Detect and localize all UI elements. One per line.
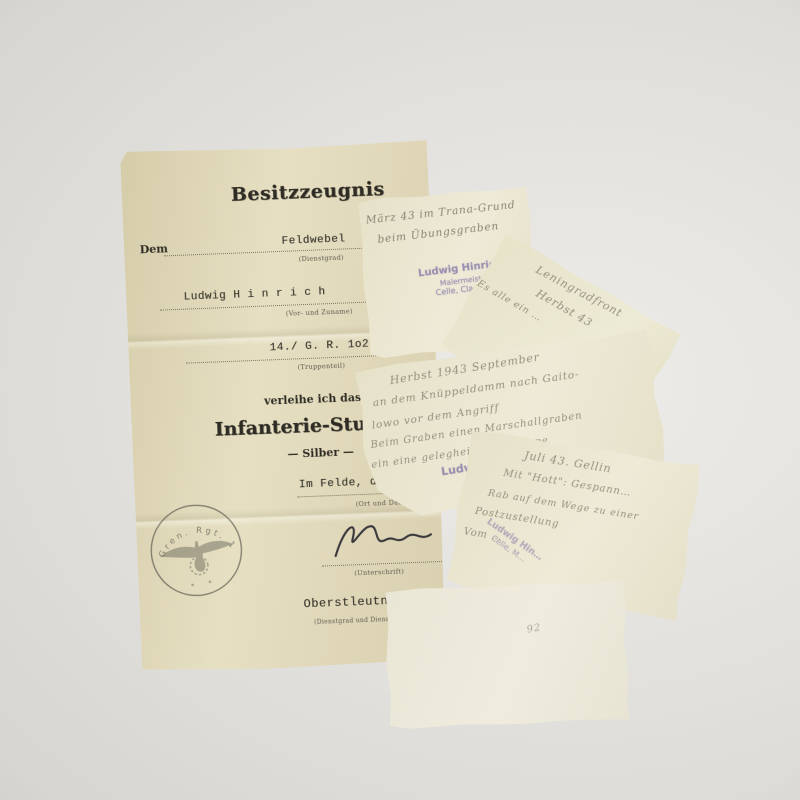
handwriting-line: Juli 43. Gellin	[523, 449, 612, 476]
name-caption: (Vor- und Zuname)	[274, 307, 364, 318]
unit-value: 14./ G. R. 1o2	[269, 339, 369, 355]
pencil-mark: 92	[526, 622, 542, 635]
photo-card-5: 92	[383, 579, 631, 729]
rank-value: Feldwebel	[281, 233, 345, 247]
signature-caption: (Unterschrift)	[354, 567, 404, 577]
handwriting-line: beim Übungsgraben	[377, 220, 500, 246]
unit-caption: (Truppenteil)	[276, 361, 366, 372]
regiment-stamp: Gren. Rgt. 1o2	[139, 493, 253, 607]
rank-caption: (Dienstgrad)	[276, 253, 366, 264]
handwriting-line: Es alle ein …	[475, 278, 544, 324]
photo-backdrop: Besitzzeugnis Dem Feldwebel (Dienstgrad)…	[0, 0, 800, 800]
name-value: Ludwig H i n r i c h	[183, 286, 325, 303]
